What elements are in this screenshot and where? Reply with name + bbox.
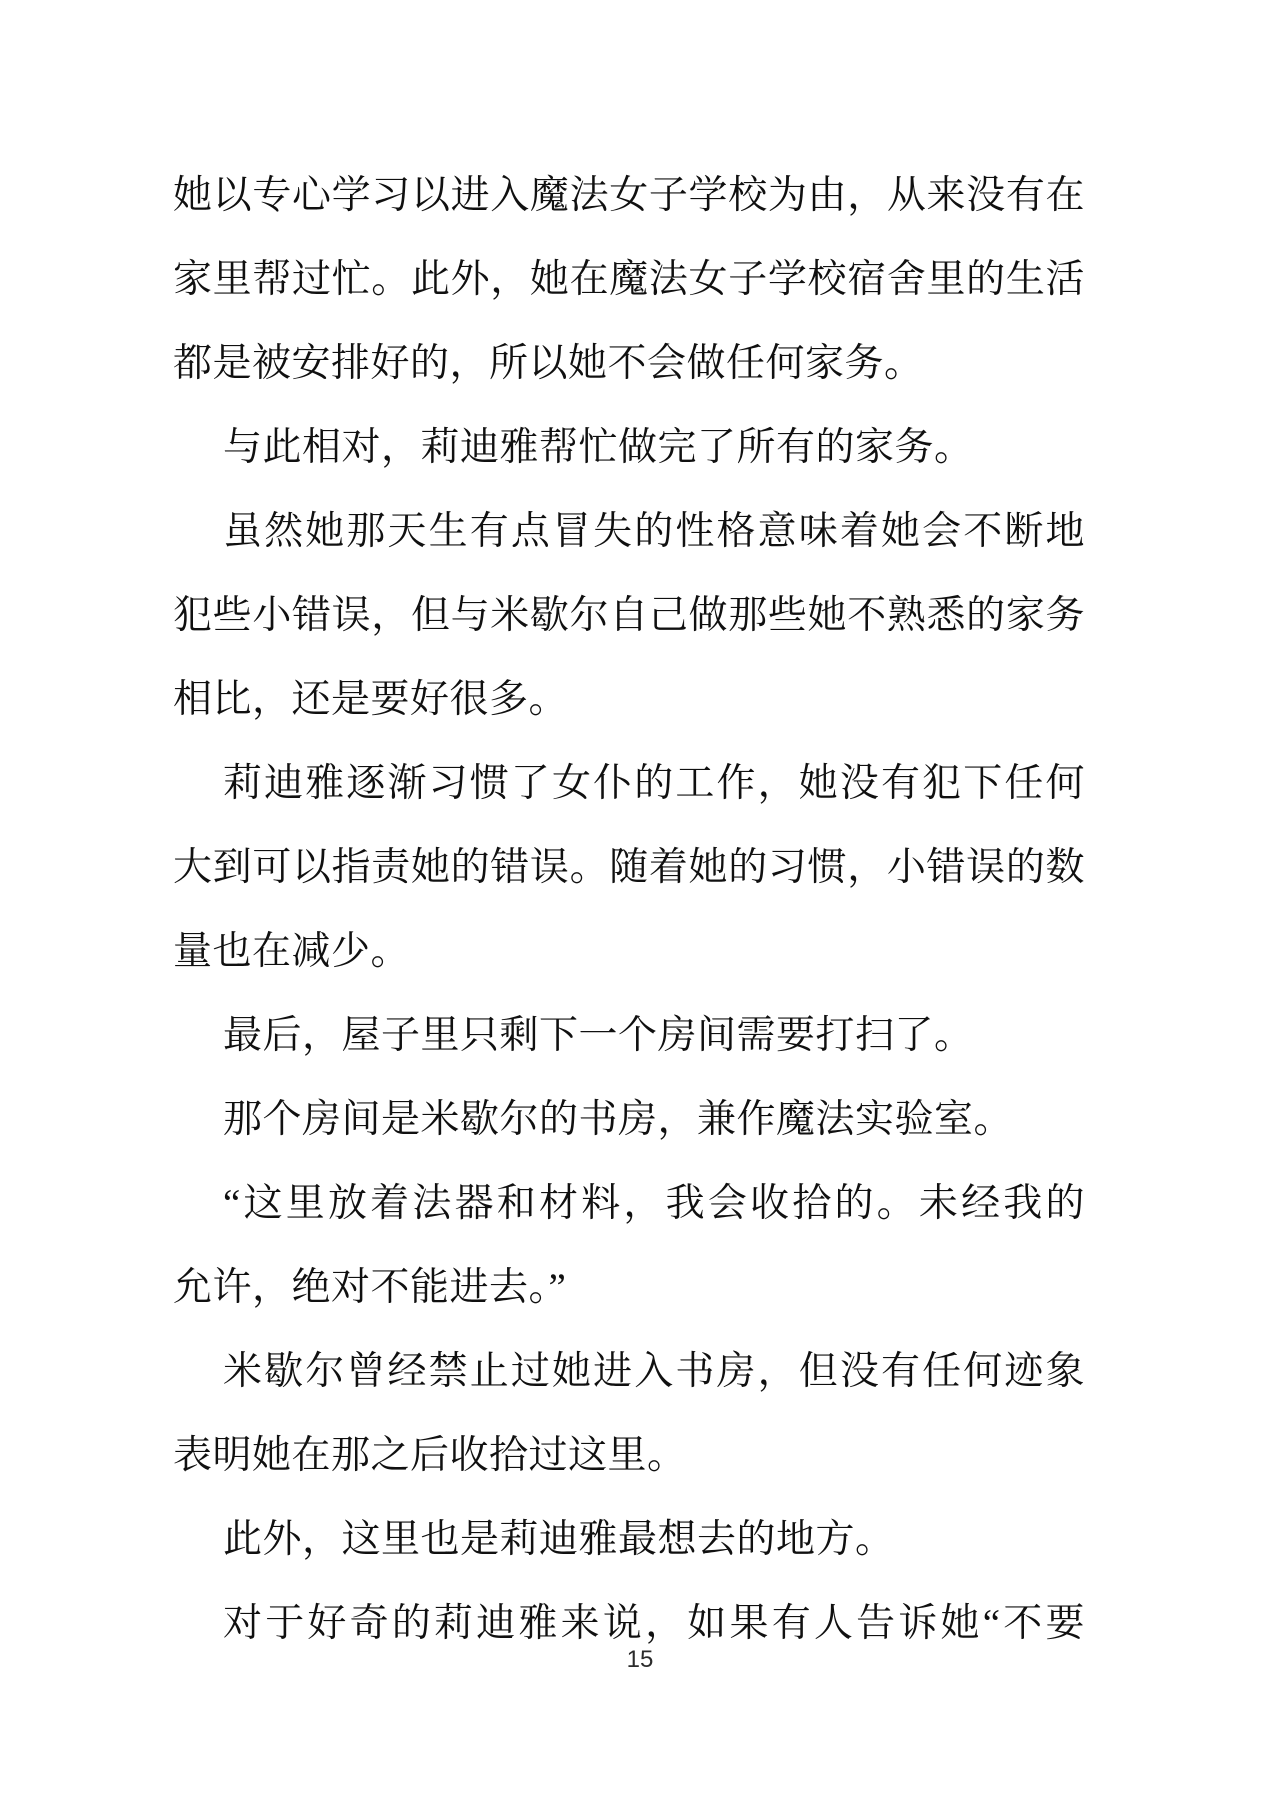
text-line: 她以专心学习以进入魔法女子学校为由，从来没有在 xyxy=(173,154,1085,238)
text-line: 最后，屋子里只剩下一个房间需要打扫了。 xyxy=(173,994,1085,1078)
document-page: 她以专心学习以进入魔法女子学校为由，从来没有在家里帮过忙。此外，她在魔法女子学校… xyxy=(0,0,1280,1810)
text-column: 她以专心学习以进入魔法女子学校为由，从来没有在家里帮过忙。此外，她在魔法女子学校… xyxy=(173,154,1085,1666)
text-line: 虽然她那天生有点冒失的性格意味着她会不断地 xyxy=(173,490,1085,574)
text-line: 此外，这里也是莉迪雅最想去的地方。 xyxy=(173,1498,1085,1582)
text-line: 米歇尔曾经禁止过她进入书房，但没有任何迹象 xyxy=(173,1330,1085,1414)
text-line: 相比，还是要好很多。 xyxy=(173,658,1085,742)
text-line: 那个房间是米歇尔的书房，兼作魔法实验室。 xyxy=(173,1078,1085,1162)
text-line: 表明她在那之后收拾过这里。 xyxy=(173,1414,1085,1498)
text-line: 莉迪雅逐渐习惯了女仆的工作，她没有犯下任何 xyxy=(173,742,1085,826)
text-line: 犯些小错误，但与米歇尔自己做那些她不熟悉的家务 xyxy=(173,574,1085,658)
text-line: 允许，绝对不能进去。” xyxy=(173,1246,1085,1330)
text-line: 大到可以指责她的错误。随着她的习惯，小错误的数 xyxy=(173,826,1085,910)
text-line: 与此相对，莉迪雅帮忙做完了所有的家务。 xyxy=(173,406,1085,490)
text-line: “这里放着法器和材料，我会收拾的。未经我的 xyxy=(173,1162,1085,1246)
page-number: 15 xyxy=(0,1646,1280,1674)
text-line: 家里帮过忙。此外，她在魔法女子学校宿舍里的生活 xyxy=(173,238,1085,322)
text-line: 量也在减少。 xyxy=(173,910,1085,994)
text-line: 都是被安排好的，所以她不会做任何家务。 xyxy=(173,322,1085,406)
